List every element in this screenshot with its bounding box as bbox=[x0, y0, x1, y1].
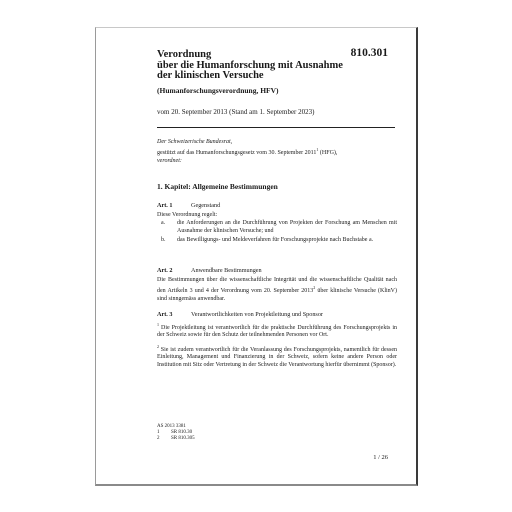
footnote: 2 SR 810.305 bbox=[157, 436, 195, 442]
article-1: Art. 1 Gegenstand Diese Verordnung regel… bbox=[157, 202, 397, 247]
article-intro: Diese Verordnung regelt: bbox=[157, 212, 397, 220]
paragraph-text: Sie ist zudem verantwortlich für die Ver… bbox=[157, 347, 397, 368]
preamble-basis-text: gestützt auf das Humanforschungsgesetz v… bbox=[157, 150, 316, 156]
article-number: Art. 2 bbox=[157, 267, 191, 275]
article-title: Anwendbare Bestimmungen bbox=[191, 267, 262, 275]
article-number: Art. 1 bbox=[157, 202, 191, 210]
article-heading: Art. 3 Verantwortlichkeiten von Projektl… bbox=[157, 311, 397, 319]
footnote-text[interactable]: SR 810.305 bbox=[171, 436, 195, 442]
page-indicator: 1 / 26 bbox=[373, 454, 388, 461]
preamble-basis: gestützt auf das Humanforschungsgesetz v… bbox=[157, 146, 397, 157]
paragraph-text: Die Projektleitung ist verantwortlich fü… bbox=[157, 325, 397, 339]
article-title: Verantwortlichkeiten von Projektleitung … bbox=[191, 311, 323, 319]
article-heading: Art. 1 Gegenstand bbox=[157, 202, 397, 210]
list-text: die Anforderungen an die Durchführung vo… bbox=[177, 220, 397, 235]
article-2: Art. 2 Anwendbare Bestimmungen Die Besti… bbox=[157, 267, 397, 303]
list-item: a. die Anforderungen an die Durchführung… bbox=[157, 220, 397, 235]
footnote-number: 2 bbox=[157, 436, 171, 442]
preamble-basis-suffix: (HFG), bbox=[318, 150, 337, 156]
title-line: Verordnung bbox=[157, 50, 357, 61]
list-label: b. bbox=[157, 237, 177, 245]
article-title: Gegenstand bbox=[191, 202, 220, 210]
title-divider bbox=[157, 127, 395, 128]
article-text: Die Bestimmungen über die wissenschaftli… bbox=[157, 277, 397, 304]
short-title: (Humanforschungsverordnung, HFV) bbox=[157, 86, 279, 95]
paragraph: 1 Die Projektleitung ist verantwortlich … bbox=[157, 321, 397, 340]
preamble: Der Schweizerische Bundesrat, gestützt a… bbox=[157, 138, 397, 165]
document-title: Verordnung über die Humanforschung mit A… bbox=[157, 50, 357, 82]
list-text: das Bewilligungs- und Meldeverfahren für… bbox=[177, 237, 397, 245]
paragraph: 2 Sie ist zudem verantwortlich für die V… bbox=[157, 343, 397, 370]
document-page: 810.301 Verordnung über die Humanforschu… bbox=[95, 27, 418, 486]
chapter-heading: 1. Kapitel: Allgemeine Bestimmungen bbox=[157, 182, 278, 191]
list-label: a. bbox=[157, 220, 177, 235]
footnotes: AS 2013 3381 1 SR 810.30 2 SR 810.305 bbox=[157, 424, 195, 442]
list-item: b. das Bewilligungs- und Meldeverfahren … bbox=[157, 237, 397, 245]
preamble-decree: verordnet: bbox=[157, 157, 397, 165]
date-line: vom 20. September 2013 (Stand am 1. Sept… bbox=[157, 108, 314, 116]
article-heading: Art. 2 Anwendbare Bestimmungen bbox=[157, 267, 397, 275]
article-list: a. die Anforderungen an die Durchführung… bbox=[157, 220, 397, 245]
title-line: der klinischen Versuche bbox=[157, 71, 357, 82]
article-3: Art. 3 Verantwortlichkeiten von Projektl… bbox=[157, 311, 397, 373]
article-number: Art. 3 bbox=[157, 311, 191, 319]
preamble-authority: Der Schweizerische Bundesrat, bbox=[157, 138, 397, 146]
